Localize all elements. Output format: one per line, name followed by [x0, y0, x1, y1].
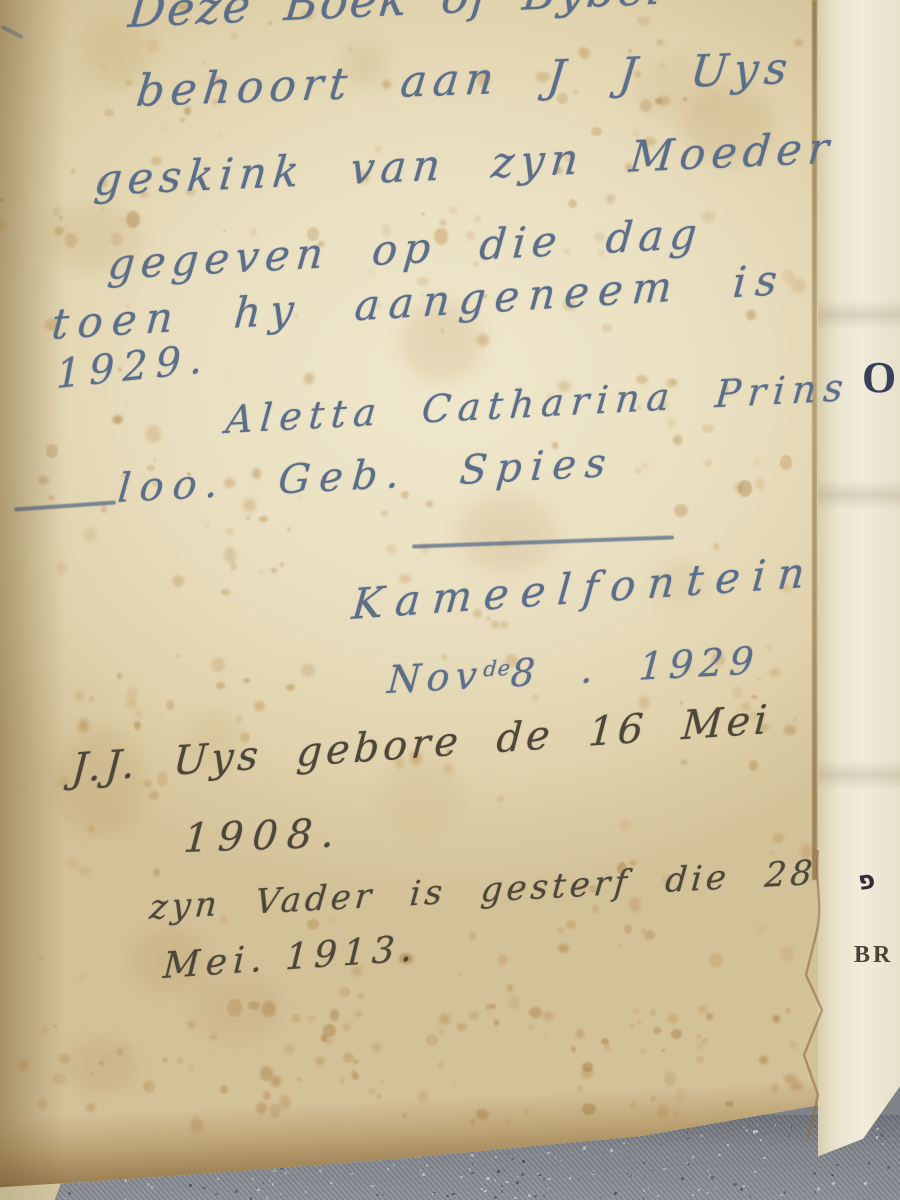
- foxing-spot: [125, 79, 132, 86]
- foxing-spot: [653, 1027, 661, 1034]
- foxing-spot: [680, 759, 688, 765]
- foxing-spot: [476, 1109, 489, 1120]
- carpet-speckle: [661, 1191, 662, 1192]
- carpet-speckle: [446, 1195, 449, 1197]
- foxing-spot: [369, 1089, 375, 1094]
- foxing-spot: [149, 791, 159, 800]
- carpet-speckle: [775, 1124, 776, 1126]
- foxing-spot: [18, 1059, 29, 1071]
- foxing-spot: [304, 373, 314, 384]
- foxing-spot: [23, 786, 25, 788]
- carpet-speckle: [751, 1158, 752, 1160]
- carpet-speckle: [784, 1191, 786, 1194]
- foxing-spot: [78, 974, 84, 979]
- foxing-spot: [769, 669, 780, 677]
- carpet-speckle: [750, 1195, 752, 1198]
- foxing-spot: [271, 1076, 281, 1087]
- foxing-spot: [125, 402, 127, 404]
- carpet-speckle: [543, 1195, 545, 1197]
- foxing-spot: [355, 1011, 363, 1018]
- foxing-spot: [330, 1009, 339, 1020]
- carpet-speckle: [452, 1193, 455, 1195]
- foxing-spot: [349, 47, 353, 52]
- foxing-spot: [696, 1043, 703, 1049]
- foxing-spot: [528, 1024, 534, 1030]
- carpet-speckle: [522, 1160, 525, 1163]
- torn-edge-line: [792, 850, 838, 1150]
- carpet-speckle: [763, 1157, 766, 1159]
- date-superscript: de: [483, 656, 512, 682]
- foxing-spot: [357, 993, 365, 999]
- carpet-speckle: [727, 1144, 728, 1146]
- carpet-speckle: [494, 1196, 497, 1199]
- foxing-spot: [180, 118, 185, 122]
- handwriting-line-11: 1908.: [182, 810, 345, 862]
- foxing-spot: [773, 1015, 780, 1024]
- carpet-speckle: [643, 1189, 645, 1192]
- foxing-spot: [246, 515, 251, 521]
- foxing-spot: [426, 1034, 438, 1046]
- foxing-spot: [287, 527, 291, 532]
- foxing-spot: [635, 468, 641, 474]
- carpet-speckle: [643, 1162, 646, 1163]
- carpet-speckle: [147, 1183, 150, 1186]
- foxing-spot: [576, 1029, 584, 1038]
- carpet-speckle: [330, 1182, 333, 1184]
- foxing-spot: [381, 1079, 386, 1084]
- foxing-spot: [147, 39, 160, 53]
- foxing-spot: [280, 562, 284, 567]
- foxing-spot: [286, 684, 294, 691]
- carpet-speckle: [257, 1189, 260, 1190]
- foxing-spot: [624, 924, 632, 934]
- foxing-spot: [780, 455, 792, 470]
- carpet-speckle: [472, 1162, 474, 1165]
- foxing-spot: [377, 1094, 382, 1099]
- carpet-speckle: [538, 1174, 541, 1177]
- carpet-speckle: [285, 1171, 287, 1174]
- date-month: Nov: [386, 653, 485, 702]
- foxing-spot: [259, 516, 268, 523]
- carpet-speckle: [486, 1177, 489, 1180]
- foxing-spot: [351, 1070, 356, 1074]
- foxing-spot: [216, 682, 224, 689]
- foxing-spot: [78, 719, 89, 732]
- foxing-spot: [79, 866, 90, 876]
- foxing-spot: [592, 905, 599, 913]
- foxing-spot: [644, 930, 655, 940]
- foxing-spot: [86, 1103, 96, 1112]
- carpet-speckle: [667, 1156, 668, 1158]
- foxing-spot: [759, 1056, 767, 1064]
- foxing-spot: [709, 953, 723, 968]
- foxing-spot: [746, 310, 756, 320]
- foxing-spot: [546, 1021, 549, 1023]
- carpet-speckle: [517, 1176, 518, 1178]
- carpet-speckle: [788, 1135, 791, 1137]
- carpet-speckle: [484, 1190, 487, 1192]
- foxing-spot: [634, 1009, 639, 1013]
- carpet-speckle: [266, 1196, 268, 1199]
- foxing-spot: [161, 127, 164, 130]
- foxing-spot: [544, 1035, 547, 1038]
- carpet-speckle: [494, 1179, 496, 1181]
- foxing-spot: [650, 1095, 656, 1102]
- carpet-speckle: [280, 1193, 281, 1194]
- carpet-speckle: [514, 1197, 517, 1199]
- carpet-speckle: [471, 1172, 474, 1175]
- foxing-spot: [323, 1024, 336, 1037]
- carpet-speckle: [706, 1192, 709, 1194]
- foxing-spot: [642, 463, 649, 468]
- foxing-spot: [48, 495, 54, 501]
- carpet-speckle: [648, 1186, 649, 1188]
- carpet-speckle: [715, 1187, 716, 1189]
- carpet-speckle: [235, 1190, 238, 1193]
- foxing-spot: [221, 589, 230, 595]
- carpet-speckle: [700, 1135, 703, 1136]
- foxing-spot: [163, 1058, 167, 1062]
- foxing-spot: [508, 995, 520, 1010]
- foxing-spot: [657, 40, 663, 45]
- foxing-spot: [58, 673, 60, 675]
- foxing-spot: [206, 524, 209, 527]
- foxing-spot: [459, 973, 462, 976]
- carpet-speckle: [880, 1134, 883, 1137]
- carpet-speckle: [892, 1147, 893, 1150]
- foxing-spot: [161, 716, 163, 718]
- foxing-spot: [218, 134, 222, 138]
- carpet-speckle: [547, 1178, 550, 1180]
- foxing-spot: [640, 1049, 645, 1054]
- carpet-speckle: [151, 1186, 153, 1189]
- foxing-spot: [630, 1024, 634, 1028]
- foxing-spot: [259, 570, 264, 574]
- foxing-spot: [300, 664, 315, 677]
- foxing-spot: [1, 198, 4, 202]
- foxing-spot: [101, 208, 104, 210]
- carpet-speckle: [371, 1185, 374, 1187]
- foxing-spot: [116, 418, 120, 423]
- foxing-spot: [143, 1080, 155, 1093]
- foxing-spot: [227, 999, 242, 1017]
- foxing-spot: [426, 501, 433, 507]
- carpet-speckle: [376, 1194, 379, 1196]
- carpet-speckle: [740, 1188, 743, 1191]
- foxing-spot: [190, 1117, 203, 1132]
- foxing-spot: [500, 622, 509, 628]
- carpet-speckle: [743, 1126, 744, 1128]
- carpet-speckle: [555, 1156, 556, 1159]
- foxing-spot: [766, 644, 772, 651]
- carpet-speckle: [687, 1131, 688, 1134]
- foxing-spot: [116, 1047, 124, 1056]
- foxing-spot: [671, 1029, 681, 1039]
- foxing-spot: [489, 1012, 492, 1015]
- foxing-spot: [732, 686, 744, 699]
- carpet-speckle: [661, 1143, 663, 1146]
- foxing-spot: [10, 38, 19, 44]
- foxing-spot: [439, 1029, 444, 1034]
- foxing-spot: [103, 1053, 106, 1056]
- foxing-spot: [41, 1028, 47, 1033]
- foxing-spot: [297, 1078, 301, 1081]
- foxing-spot: [577, 1086, 582, 1091]
- carpet-speckle: [503, 1170, 506, 1172]
- carpet-speckle: [547, 1152, 550, 1154]
- carpet-speckle: [458, 1197, 459, 1199]
- foxing-spot: [469, 932, 475, 940]
- carpet-speckle: [469, 1168, 471, 1171]
- foxing-spot: [532, 694, 539, 701]
- foxing-spot: [125, 700, 137, 709]
- foxing-spot: [291, 1014, 301, 1023]
- carpet-speckle: [501, 1190, 503, 1193]
- foxing-spot: [343, 1023, 350, 1031]
- carpet-speckle: [420, 1169, 421, 1172]
- foxing-spot: [470, 1119, 474, 1123]
- foxing-spot: [372, 1043, 381, 1051]
- carpet-speckle: [560, 1160, 563, 1161]
- carpet-speckle: [643, 1197, 645, 1199]
- foxing-spot: [494, 1019, 500, 1025]
- carpet-speckle: [718, 1154, 721, 1157]
- foxing-spot: [705, 459, 711, 467]
- foxing-spot: [220, 1085, 228, 1094]
- carpet-speckle: [787, 1178, 789, 1181]
- carpet-speckle: [215, 1193, 218, 1195]
- carpet-speckle: [582, 1149, 585, 1150]
- foxing-spot: [104, 109, 113, 117]
- foxing-spot: [714, 543, 719, 550]
- foxing-spot: [630, 1102, 635, 1108]
- foxing-spot: [582, 1062, 594, 1071]
- foxing-spot: [676, 1088, 687, 1101]
- foxing-spot: [668, 1014, 677, 1024]
- foxing-spot: [497, 796, 506, 803]
- carpet-speckle: [610, 1149, 612, 1152]
- foxing-spot: [386, 544, 397, 555]
- foxing-spot: [662, 1049, 665, 1052]
- carpet-speckle: [422, 1173, 425, 1176]
- carpet-speckle: [692, 1194, 693, 1196]
- carpet-speckle: [876, 1136, 878, 1139]
- carpet-speckle: [517, 1189, 519, 1192]
- foxing-spot: [262, 1001, 276, 1016]
- foxing-spot: [153, 868, 160, 877]
- carpet-speckle: [426, 1164, 428, 1167]
- foxing-spot: [638, 1021, 641, 1024]
- foxing-spot: [698, 1005, 708, 1013]
- foxing-spot: [175, 854, 179, 858]
- carpet-speckle: [891, 1138, 892, 1139]
- carpet-speckle: [757, 1123, 758, 1126]
- foxing-spot: [438, 1062, 443, 1068]
- carpet-speckle: [534, 1195, 537, 1197]
- carpet-speckle: [748, 1126, 749, 1129]
- carpet-speckle: [887, 1166, 890, 1169]
- foxing-spot: [696, 1056, 704, 1063]
- carpet-speckle: [733, 1183, 736, 1186]
- carpet-speckle: [644, 1175, 645, 1177]
- carpet-speckle: [393, 1164, 394, 1167]
- carpet-speckle: [501, 1185, 503, 1188]
- foxing-spot: [89, 696, 94, 702]
- carpet-speckle: [868, 1162, 870, 1165]
- foxing-spot: [126, 211, 140, 229]
- foxing-spot: [702, 1038, 708, 1044]
- carpet-speckle: [521, 1173, 524, 1176]
- carpet-speckle: [65, 1198, 67, 1199]
- carpet-speckle: [189, 1184, 192, 1187]
- carpet-speckle: [125, 1179, 127, 1182]
- foxing-spot: [566, 920, 575, 929]
- foxing-spot: [674, 504, 688, 517]
- foxing-spot: [154, 458, 157, 460]
- carpet-speckle: [460, 1176, 463, 1178]
- foxing-spot: [166, 700, 174, 710]
- foxing-spot: [271, 568, 277, 572]
- printed-letter-o: O: [862, 352, 896, 403]
- foxing-spot: [651, 1010, 655, 1015]
- foxing-spot: [67, 857, 79, 869]
- foxing-spot: [706, 1013, 713, 1020]
- foxing-spot: [189, 1065, 193, 1070]
- foxing-spot: [203, 517, 206, 520]
- carpet-speckle: [516, 1181, 518, 1184]
- carpet-speckle: [630, 1175, 632, 1177]
- foxing-spot: [557, 927, 563, 934]
- foxing-spot: [753, 459, 760, 465]
- foxing-spot: [571, 1046, 576, 1052]
- foxing-spot: [602, 324, 612, 333]
- foxing-spot: [134, 721, 141, 729]
- foxing-spot: [619, 820, 630, 832]
- foxing-spot: [101, 505, 108, 513]
- foxing-spot: [230, 561, 237, 570]
- foxing-spot: [256, 1102, 267, 1114]
- foxing-spot: [46, 444, 57, 459]
- foxing-spot: [784, 725, 795, 734]
- foxing-spot: [269, 1103, 281, 1118]
- carpet-speckle: [548, 1187, 550, 1189]
- foxing-spot: [135, 709, 143, 717]
- carpet-speckle: [627, 1173, 629, 1174]
- foxing-spot: [177, 654, 180, 658]
- foxing-spot: [667, 418, 676, 428]
- carpet-speckle: [681, 1177, 684, 1179]
- foxing-spot: [248, 1001, 261, 1010]
- carpet-speckle: [652, 1170, 654, 1172]
- foxing-spot: [307, 919, 320, 930]
- carpet-speckle: [832, 1182, 835, 1185]
- carpet-speckle: [497, 1170, 500, 1173]
- foxing-spot: [381, 510, 389, 518]
- foxing-spot: [225, 528, 234, 535]
- foxing-spot: [121, 220, 123, 222]
- foxing-spot: [696, 1035, 701, 1039]
- carpet-speckle: [743, 1185, 746, 1187]
- foxing-spot: [418, 1090, 428, 1103]
- foxing-spot: [457, 1023, 466, 1031]
- carpet-speckle: [606, 1170, 607, 1172]
- foxing-spot: [211, 658, 225, 673]
- photo-of-bible-flyleaf: Deze Boek of Bybel behoort aan J J Uys g…: [0, 0, 900, 1200]
- carpet-speckle: [592, 1174, 595, 1175]
- foxing-spot: [673, 435, 682, 445]
- carpet-speckle: [351, 1173, 353, 1174]
- foxing-spot: [498, 955, 508, 965]
- carpet-speckle: [217, 1178, 219, 1180]
- page-crease: [818, 480, 900, 510]
- carpet-speckle: [831, 1174, 834, 1176]
- carpet-speckle: [252, 1178, 255, 1180]
- foxing-spot: [172, 575, 184, 587]
- foxing-spot: [568, 199, 577, 208]
- carpet-speckle: [569, 1177, 572, 1180]
- foxing-spot: [773, 833, 784, 844]
- carpet-speckle: [304, 1191, 307, 1193]
- foxing-spot: [491, 620, 499, 629]
- carpet-speckle: [508, 1153, 509, 1155]
- carpet-speckle: [687, 1163, 690, 1165]
- carpet-speckle: [708, 1169, 710, 1172]
- foxing-spot: [177, 1058, 183, 1064]
- carpet-speckle: [698, 1189, 700, 1190]
- foxing-spot: [664, 1071, 677, 1086]
- foxing-spot: [477, 334, 489, 346]
- foxing-spot: [490, 1004, 496, 1010]
- foxing-spot: [457, 493, 557, 573]
- carpet-speckle: [746, 1129, 747, 1132]
- carpet-speckle: [600, 1197, 602, 1198]
- foxing-spot: [236, 716, 242, 723]
- carpet-speckle: [692, 1156, 694, 1159]
- foxing-spot: [341, 1079, 345, 1083]
- foxing-spot: [230, 32, 238, 39]
- carpet-speckle: [272, 1183, 274, 1186]
- foxing-spot: [65, 233, 77, 248]
- foxing-spot: [421, 212, 425, 216]
- foxing-spot: [71, 169, 75, 173]
- carpet-speckle: [387, 1168, 390, 1171]
- carpet-speckle: [432, 1193, 433, 1194]
- carpet-speckle: [754, 1171, 756, 1172]
- foxing-spot: [637, 16, 650, 26]
- carpet-speckle: [512, 1158, 514, 1160]
- foxing-spot: [59, 777, 70, 787]
- carpet-speckle: [657, 1195, 659, 1197]
- carpet-speckle: [298, 1167, 299, 1170]
- foxing-spot: [263, 1091, 272, 1100]
- carpet-speckle: [269, 1180, 270, 1181]
- foxing-spot: [702, 424, 713, 433]
- foxing-spot: [738, 480, 752, 497]
- carpet-speckle: [876, 1128, 879, 1130]
- foxing-spot: [146, 425, 161, 442]
- carpet-speckle: [202, 1187, 205, 1189]
- carpet-speckle: [273, 1170, 276, 1172]
- left-edge-shading: [0, 0, 70, 1192]
- carpet-speckle: [543, 1178, 545, 1180]
- foxing-spot: [339, 987, 351, 997]
- foxing-spot: [543, 1012, 554, 1020]
- foxing-spot: [188, 1021, 195, 1027]
- carpet-speckle: [262, 1182, 264, 1184]
- carpet-speckle: [433, 1192, 436, 1194]
- carpet-speckle: [623, 1142, 625, 1143]
- carpet-speckle: [687, 1138, 690, 1140]
